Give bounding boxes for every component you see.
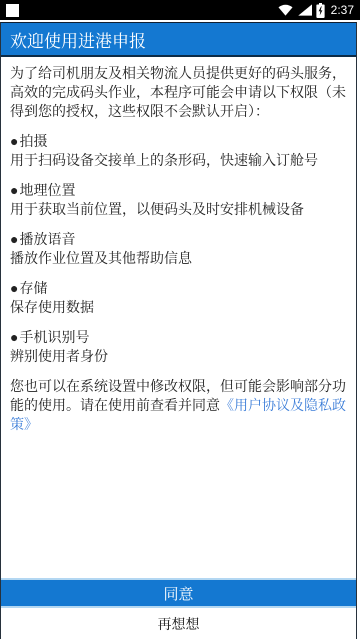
permission-desc: 用于扫码设备交接单上的条形码，快速输入订舱号 (10, 152, 318, 168)
bullet-icon: ● (10, 182, 18, 198)
permission-name: 地理位置 (19, 182, 75, 198)
permission-desc: 保存使用数据 (10, 299, 94, 315)
bullet-icon: ● (10, 329, 18, 345)
permission-item-storage: ●存储 保存使用数据 (10, 279, 347, 317)
intro-paragraph: 为了给司机朋友及相关物流人员提供更好的码头服务，高效的完成码头作业，本程序可能会… (10, 64, 347, 121)
permission-item-voice: ●播放语音 播放作业位置及其他帮助信息 (10, 230, 347, 268)
app-header: 欢迎使用进港申报 (1, 23, 356, 57)
permission-name: 存储 (19, 280, 47, 296)
permission-desc: 辨别使用者身份 (10, 348, 108, 364)
permission-item-device-id: ●手机识别号 辨别使用者身份 (10, 328, 347, 366)
status-bar-clock: 2:37 (331, 4, 354, 16)
status-bar: 2:37 (0, 0, 360, 20)
permission-name: 拍摄 (19, 133, 47, 149)
bullet-icon: ● (10, 280, 18, 296)
think-again-button[interactable]: 再想想 (1, 608, 356, 639)
permission-item-location: ●地理位置 用于获取当前位置，以便码头及时安排机械设备 (10, 181, 347, 219)
dialog-body: 为了给司机朋友及相关物流人员提供更好的码头服务，高效的完成码头作业，本程序可能会… (1, 57, 356, 578)
permission-desc: 播放作业位置及其他帮助信息 (10, 250, 192, 266)
page-title: 欢迎使用进港申报 (10, 27, 146, 52)
bullet-icon: ● (10, 133, 18, 149)
permission-dialog: 欢迎使用进港申报 为了给司机朋友及相关物流人员提供更好的码头服务，高效的完成码头… (0, 22, 357, 639)
settings-note: 您也可以在系统设置中修改权限，但可能会影响部分功能的使用。请在使用前查看并同意《… (10, 377, 347, 434)
permission-desc: 用于获取当前位置，以便码头及时安排机械设备 (10, 201, 304, 217)
permission-name: 播放语音 (19, 231, 75, 247)
cellular-signal-icon (297, 4, 312, 16)
permission-name: 手机识别号 (19, 329, 89, 345)
bullet-icon: ● (10, 231, 18, 247)
agree-button[interactable]: 同意 (1, 578, 356, 608)
wifi-icon (278, 4, 293, 16)
permission-item-camera: ●拍摄 用于扫码设备交接单上的条形码，快速输入订舱号 (10, 132, 347, 170)
app-screen: 2:37 欢迎使用进港申报 为了给司机朋友及相关物流人员提供更好的码头服务，高效… (0, 0, 360, 639)
notification-square-icon (6, 4, 19, 17)
battery-charging-icon (316, 3, 325, 18)
